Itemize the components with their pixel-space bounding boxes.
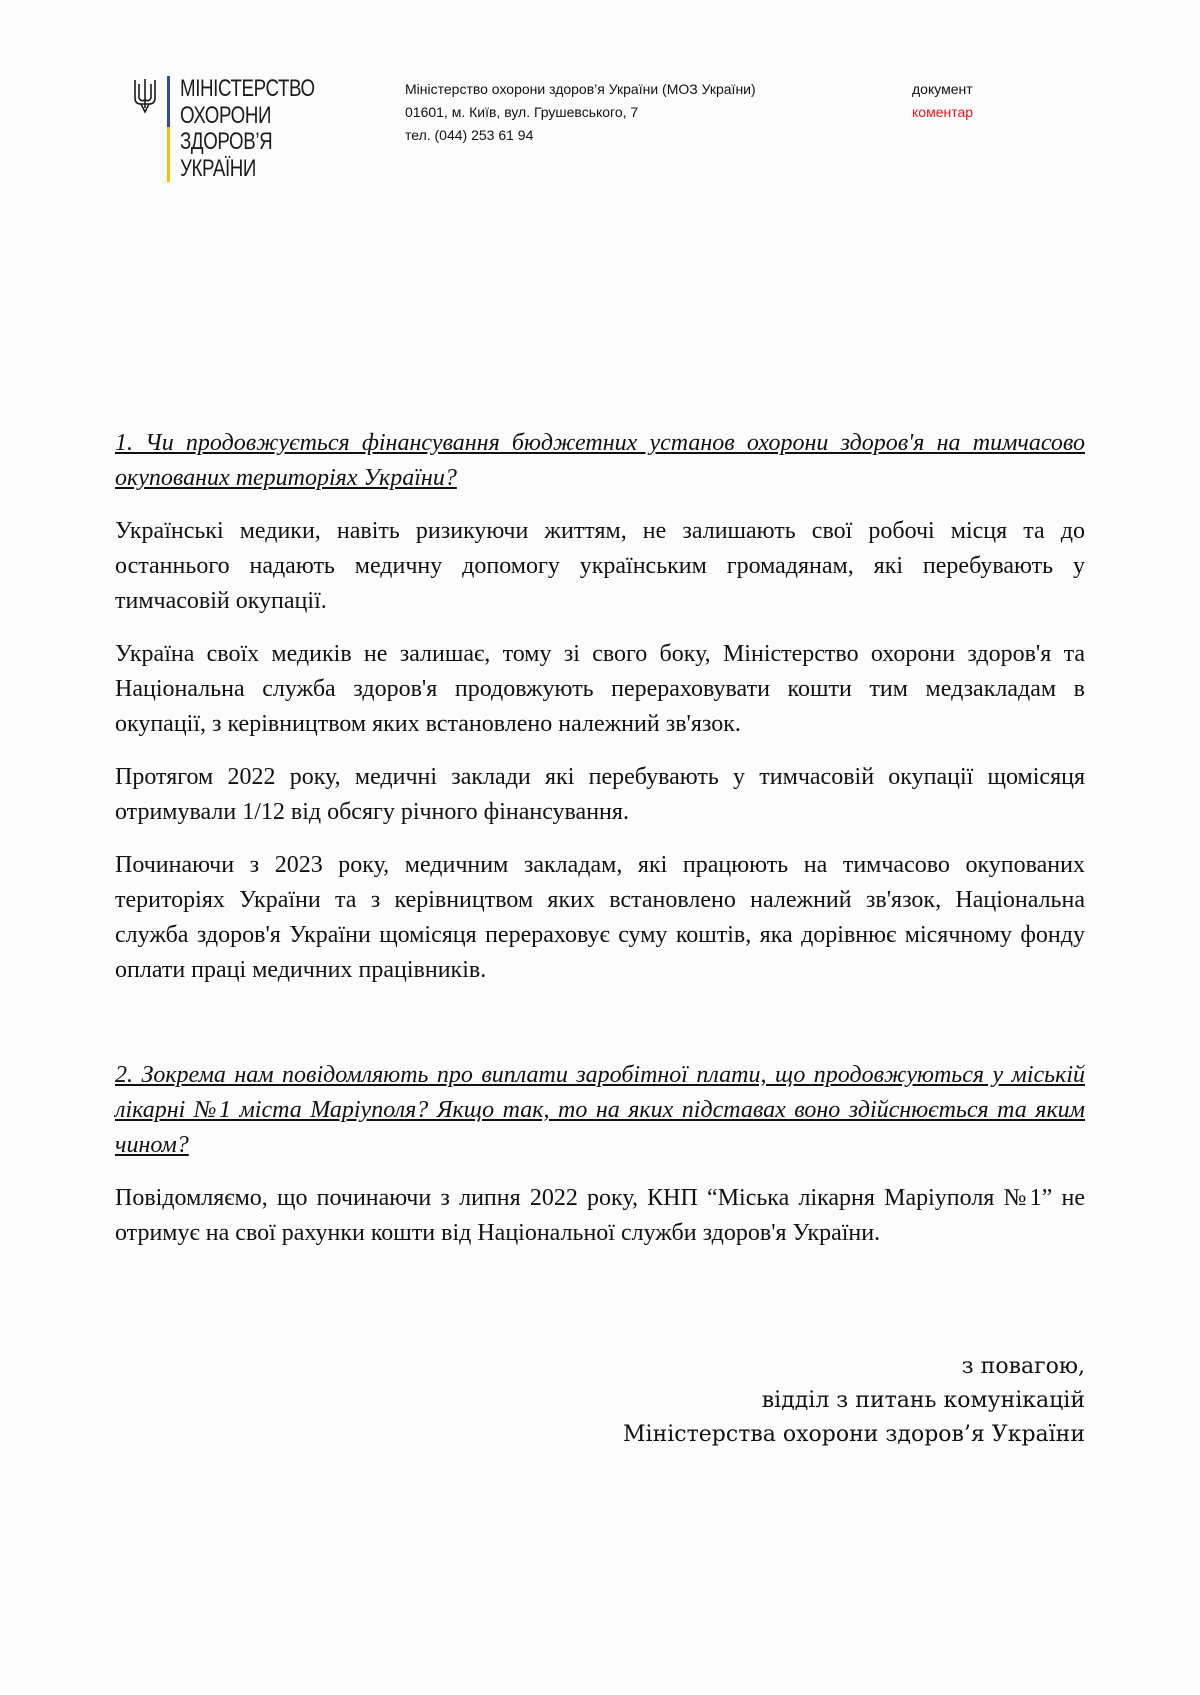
ministry-name: Міністерство охорони здоров’я України (М… (405, 78, 756, 101)
paragraph: Українські медики, навіть ризикуючи житт… (115, 514, 1085, 619)
signature-block: з повагою, відділ з питань комунікацій М… (623, 1350, 1085, 1452)
logo-flag-bar (167, 76, 170, 182)
letterhead: Міністерство охорони здоров’я України Мі… (0, 0, 1200, 200)
paragraph: Україна своїх медиків не залишає, тому з… (115, 637, 1085, 742)
question-2: 2. Зокрема нам повідомляють про виплати … (115, 1058, 1085, 1163)
paragraph: Протягом 2022 року, медичні заклади які … (115, 760, 1085, 830)
section-1: 1. Чи продовжується фінансування бюджетн… (115, 426, 1085, 988)
logo-line: здоров’я (180, 129, 315, 156)
question-1: 1. Чи продовжується фінансування бюджетн… (115, 426, 1085, 496)
ministry-phone: тел. (044) 253 61 94 (405, 124, 756, 147)
section-2: 2. Зокрема нам повідомляють про виплати … (115, 1058, 1085, 1251)
doc-type-comment: коментар (912, 101, 973, 124)
trident-icon (133, 78, 157, 114)
logo-wordmark: Міністерство охорони здоров’я України (180, 76, 315, 182)
logo-line: охорони (180, 103, 315, 130)
paragraph: Повідомляємо, що починаючи з липня 2022 … (115, 1181, 1085, 1251)
ministry-address: 01601, м. Київ, вул. Грушевського, 7 (405, 101, 756, 124)
signature-line: з повагою, (623, 1350, 1085, 1384)
document-type: документ коментар (912, 78, 973, 124)
signature-line: Міністерства охорони здоров’я України (623, 1418, 1085, 1452)
doc-type-document: документ (912, 78, 973, 101)
logo-line: Міністерство (180, 76, 315, 103)
logo-line: України (180, 156, 315, 183)
signature-line: відділ з питань комунікацій (623, 1384, 1085, 1418)
document-body: 1. Чи продовжується фінансування бюджетн… (115, 426, 1085, 1269)
paragraph: Починаючи з 2023 року, медичним закладам… (115, 848, 1085, 988)
contact-block: Міністерство охорони здоров’я України (М… (405, 78, 756, 147)
ministry-logo: Міністерство охорони здоров’я України (133, 76, 353, 182)
